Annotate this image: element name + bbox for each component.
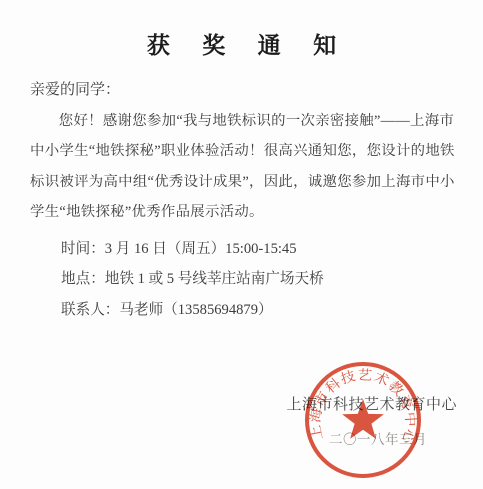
- signature-date: 二〇一八年三月: [0, 425, 427, 455]
- paragraph-line: 您好！感谢您参加“我与地铁标识的一次亲密接触”——上海市: [30, 106, 460, 137]
- paragraph-line: 学生“地铁探秘”优秀作品展示活动。: [30, 197, 460, 228]
- event-contact: 联系人：马老师（13585694879）: [61, 295, 483, 326]
- event-details: 时间：3 月 16 日（周五）15:00-15:45 地点：地铁 1 或 5 号…: [0, 234, 483, 326]
- event-time: 时间：3 月 16 日（周五）15:00-15:45: [61, 234, 483, 265]
- signature-organization: 上海市科技艺术教育中心: [0, 390, 457, 420]
- notice-document: 获 奖 通 知 亲爱的同学： 您好！感谢您参加“我与地铁标识的一次亲密接触”——…: [0, 0, 483, 489]
- signature-block: 上海市科技艺术教育中心 二〇一八年三月: [0, 390, 483, 455]
- document-title: 获 奖 通 知: [0, 33, 483, 57]
- salutation: 亲爱的同学：: [0, 75, 483, 106]
- paragraph-line: 标识被评为高中组“优秀设计成果”，因此，诚邀您参加上海市中小: [30, 167, 460, 198]
- paragraph-line: 中小学生“地铁探秘”职业体验活动！很高兴通知您，您设计的地铁: [30, 136, 460, 167]
- event-location: 地点：地铁 1 或 5 号线莘庄站南广场天桥: [61, 264, 483, 295]
- body-paragraph: 您好！感谢您参加“我与地铁标识的一次亲密接触”——上海市 中小学生“地铁探秘”职…: [0, 106, 483, 228]
